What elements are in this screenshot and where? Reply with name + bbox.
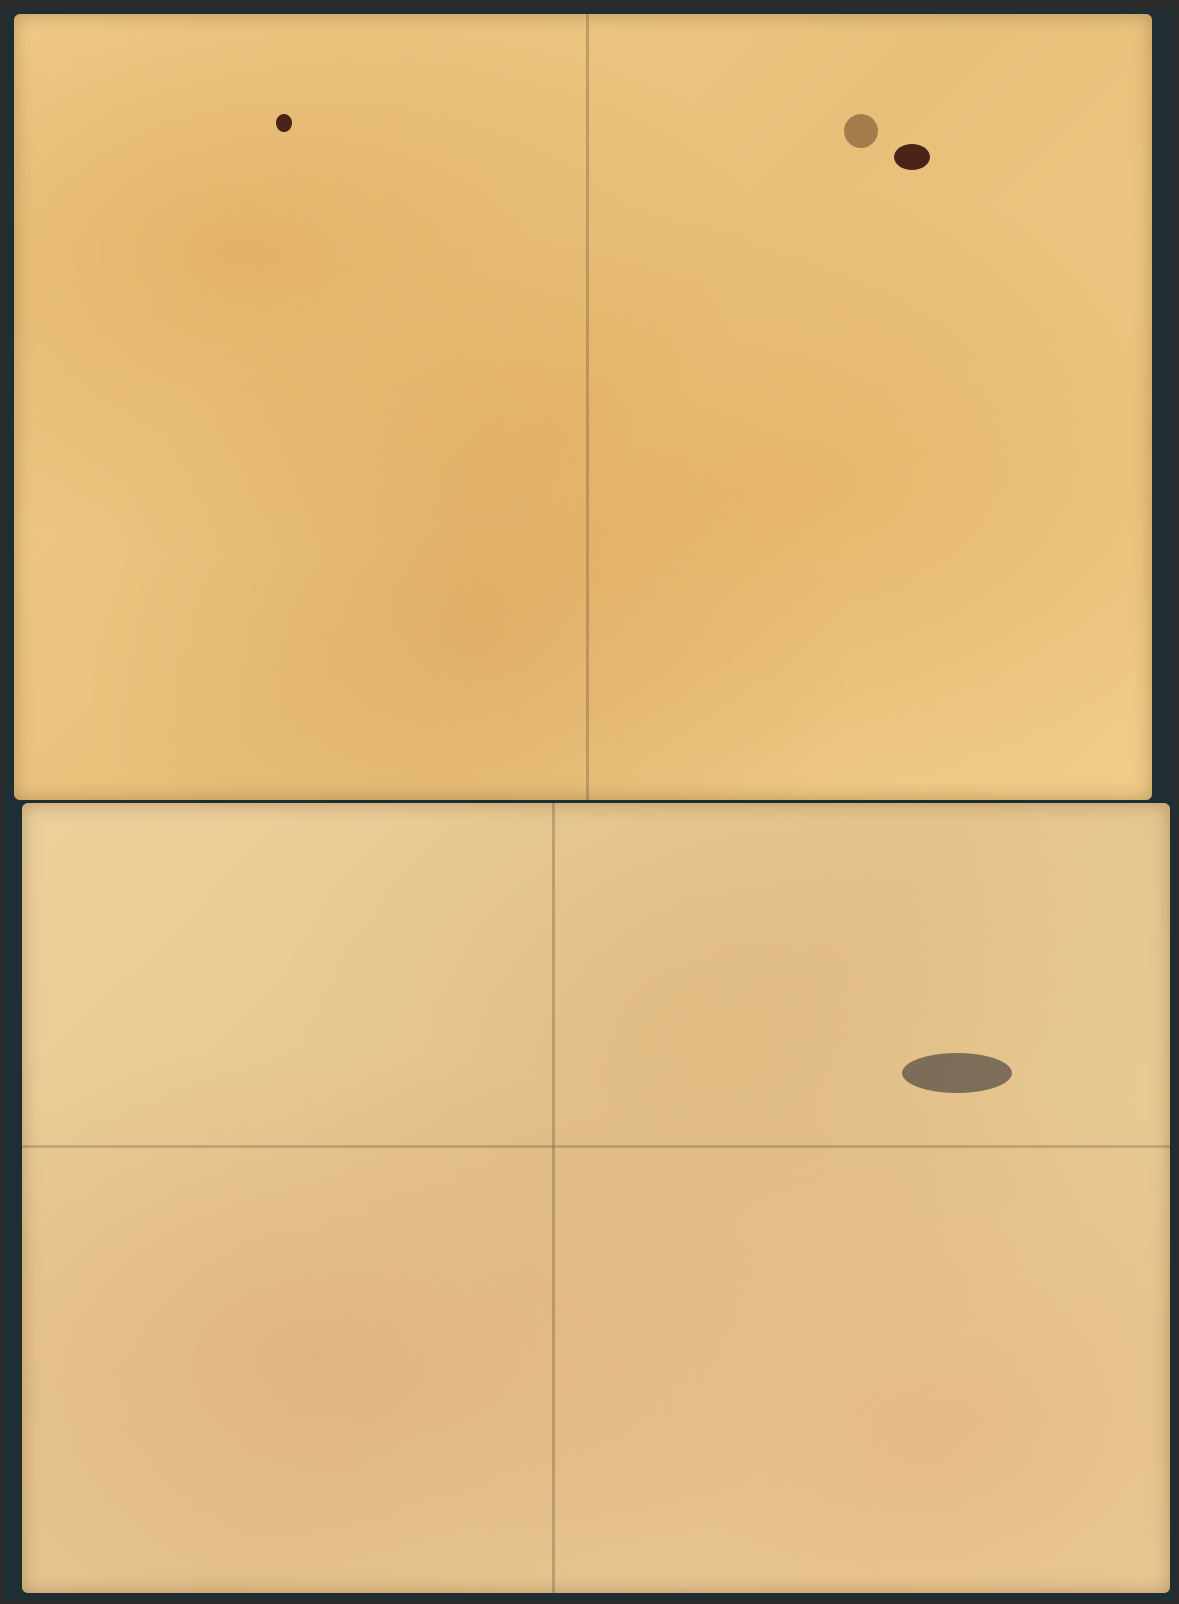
ink-stain [894, 144, 930, 170]
banknote-bottom-reverse [22, 803, 1170, 1593]
dark-stain [902, 1053, 1012, 1093]
fold-line [22, 1145, 1170, 1148]
fold-line [586, 14, 589, 800]
ink-stain [276, 114, 292, 132]
fold-line [552, 803, 555, 1593]
ink-stain [844, 114, 878, 148]
banknote-top-reverse [14, 14, 1152, 800]
